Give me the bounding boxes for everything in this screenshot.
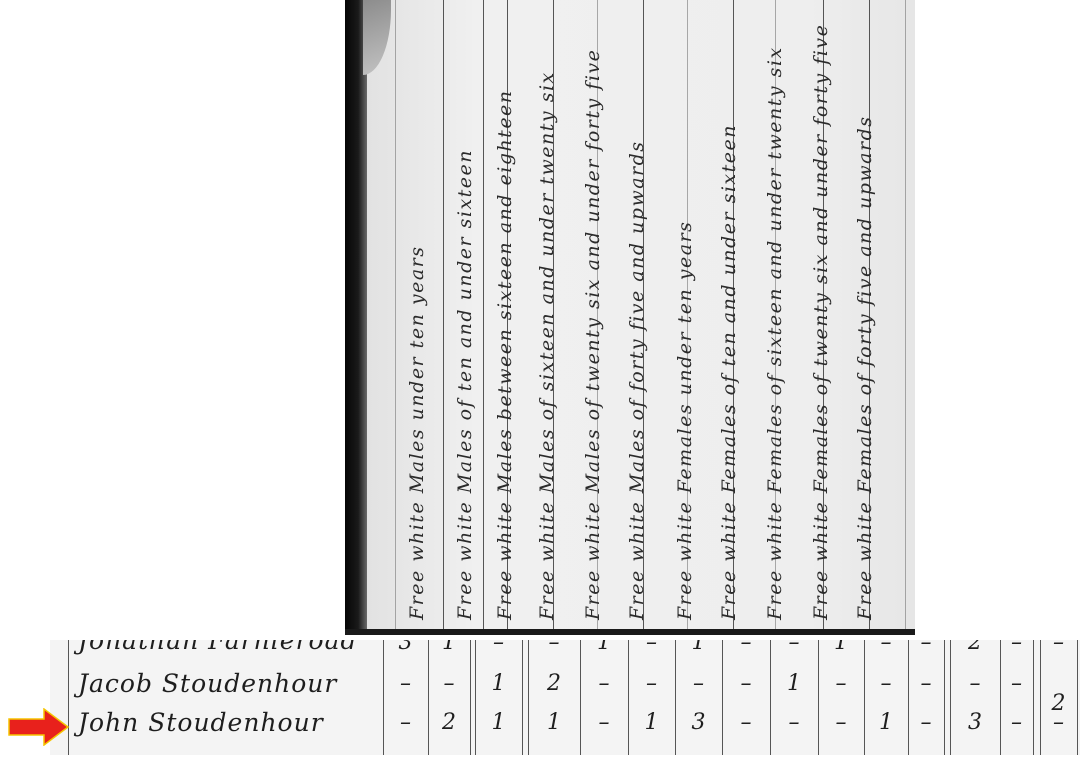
image-bottom-edge bbox=[345, 629, 915, 635]
tally-cell: – bbox=[580, 665, 628, 703]
tally-cell: – bbox=[383, 704, 428, 742]
tally-cell: – bbox=[1000, 640, 1033, 662]
tally-cell: 3 bbox=[383, 640, 428, 662]
tally-cell: – bbox=[675, 665, 722, 703]
tally-cell: – bbox=[722, 704, 770, 742]
tally-cell: – bbox=[383, 665, 428, 703]
column-title: Free white Females of ten and under sixt… bbox=[709, 20, 749, 620]
tally-cell: – bbox=[950, 665, 1000, 703]
census-rows-image: Jonathan Farnleroad 3 1 – – 1 – 1 – – 1 … bbox=[50, 640, 1080, 755]
tally-cell: – bbox=[628, 640, 675, 662]
column-title: Free white Males of twenty six and under… bbox=[573, 20, 613, 620]
tally-cell: 1 bbox=[818, 640, 864, 662]
column-rule bbox=[395, 0, 396, 630]
tally-cell: – bbox=[528, 640, 580, 662]
tally-cell: – bbox=[428, 665, 470, 703]
household-name: Jonathan Farnleroad bbox=[78, 640, 358, 660]
census-row-highlighted: John Stoudenhour – 2 1 1 – 1 3 – – – 1 –… bbox=[50, 704, 1080, 742]
tally-cell: – bbox=[770, 704, 818, 742]
tally-cell: 2 bbox=[950, 640, 1000, 662]
tally-cell: – bbox=[908, 665, 944, 703]
tally-cell: – bbox=[818, 704, 864, 742]
tally-cell: 1 bbox=[528, 704, 580, 742]
tally-cell: – bbox=[770, 640, 818, 662]
tally-cell: – bbox=[722, 640, 770, 662]
tally-cell: – bbox=[722, 665, 770, 703]
tally-cell: 1 bbox=[628, 704, 675, 742]
tally-cell: 1 bbox=[428, 640, 470, 662]
census-header-image: Free white Males under ten years Free wh… bbox=[345, 0, 915, 635]
column-title: Free white Males of ten and under sixtee… bbox=[445, 20, 485, 620]
household-name: Jacob Stoudenhour bbox=[78, 665, 337, 703]
column-title: Free white Females of sixteen and under … bbox=[755, 20, 795, 620]
page-binding-edge bbox=[345, 0, 367, 635]
tally-cell: – bbox=[1000, 704, 1033, 742]
tally-cell: – bbox=[475, 640, 522, 662]
tally-cell: – bbox=[580, 704, 628, 742]
tally-cell: – bbox=[864, 640, 908, 662]
tally-cell: – bbox=[1040, 640, 1077, 662]
tally-cell: 1 bbox=[475, 665, 522, 703]
tally-cell: – bbox=[864, 665, 908, 703]
column-title: Free white Females of twenty six and und… bbox=[801, 20, 841, 620]
tally-cell: 1 bbox=[675, 640, 722, 662]
column-title: Free white Females of forty five and upw… bbox=[845, 20, 885, 620]
column-rule bbox=[905, 0, 906, 630]
column-title: Free white Males under ten years bbox=[397, 20, 437, 620]
tally-cell: 3 bbox=[675, 704, 722, 742]
red-arrow-pointer-icon bbox=[8, 708, 70, 746]
tally-cell: – bbox=[1000, 665, 1033, 703]
tally-cell: – bbox=[908, 704, 944, 742]
tally-cell: – bbox=[1040, 704, 1077, 742]
column-title: Free white Males between sixteen and eig… bbox=[485, 20, 525, 620]
tally-cell: 2 bbox=[528, 665, 580, 703]
tally-cell: 1 bbox=[770, 665, 818, 703]
tally-cell: – bbox=[628, 665, 675, 703]
tally-cell: 1 bbox=[864, 704, 908, 742]
column-title: Free white Females under ten years bbox=[665, 20, 705, 620]
tally-cell: 1 bbox=[580, 640, 628, 662]
census-row: Jacob Stoudenhour – – 1 2 – – – – 1 – – … bbox=[50, 665, 1080, 703]
tally-cell: – bbox=[818, 665, 864, 703]
tally-cell: 2 bbox=[428, 704, 470, 742]
tally-cell: 1 bbox=[475, 704, 522, 742]
column-rule bbox=[443, 0, 444, 630]
household-name: John Stoudenhour bbox=[78, 704, 324, 742]
tally-cell: 3 bbox=[950, 704, 1000, 742]
tally-cell: – bbox=[908, 640, 944, 662]
column-title: Free white Males of sixteen and under tw… bbox=[527, 20, 567, 620]
column-title: Free white Males of forty five and upwar… bbox=[617, 20, 657, 620]
